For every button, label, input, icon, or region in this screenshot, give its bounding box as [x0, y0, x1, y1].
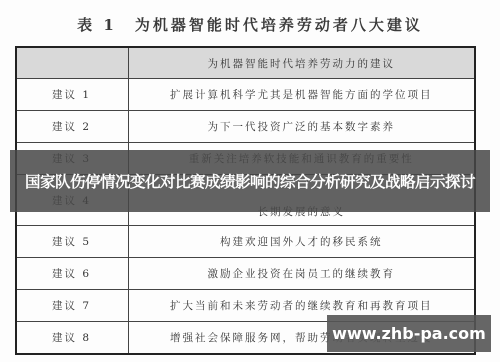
row-text: 激励企业投资在岗员工的继续教育 [128, 258, 475, 290]
table-row: 建议 2 为下一代投资广泛的基本数字素养 [16, 111, 475, 143]
row-label: 建议 6 [16, 258, 128, 290]
header-left [16, 47, 128, 79]
table-title: 表 1为机器智能时代培养劳动者八大建议 [0, 14, 500, 35]
table-row: 建议 5 构建欢迎国外人才的移民系统 [16, 226, 475, 258]
table-row: 建议 1 扩展计算机科学尤其是机器智能方面的学位项目 [16, 79, 475, 111]
row-label: 建议 1 [16, 79, 128, 111]
header-right: 为机器智能时代培养劳动力的建议 [128, 47, 475, 79]
banner-text: 国家队伤停情况变化对比赛成绩影响的综合分析研究及战略启示探讨 [25, 170, 475, 192]
table-row: 建议 6 激励企业投资在岗员工的继续教育 [16, 258, 475, 290]
row-label: 建议 7 [16, 290, 128, 322]
table-header-row: 为机器智能时代培养劳动力的建议 [16, 47, 475, 79]
watermark-text: www.zhb-pa.com [332, 324, 486, 343]
table-title-text: 为机器智能时代培养劳动者八大建议 [135, 16, 423, 34]
row-text: 扩展计算机科学尤其是机器智能方面的学位项目 [128, 79, 475, 111]
table-number: 表 1 [77, 16, 117, 34]
row-label: 建议 5 [16, 226, 128, 258]
row-label: 建议 8 [16, 322, 128, 355]
row-text: 构建欢迎国外人才的移民系统 [128, 226, 475, 258]
row-label: 建议 2 [16, 111, 128, 143]
row-text: 为下一代投资广泛的基本数字素养 [128, 111, 475, 143]
watermark: www.zhb-pa.com [327, 315, 491, 352]
headline-banner: 国家队伤停情况变化对比赛成绩影响的综合分析研究及战略启示探讨 [10, 150, 490, 212]
